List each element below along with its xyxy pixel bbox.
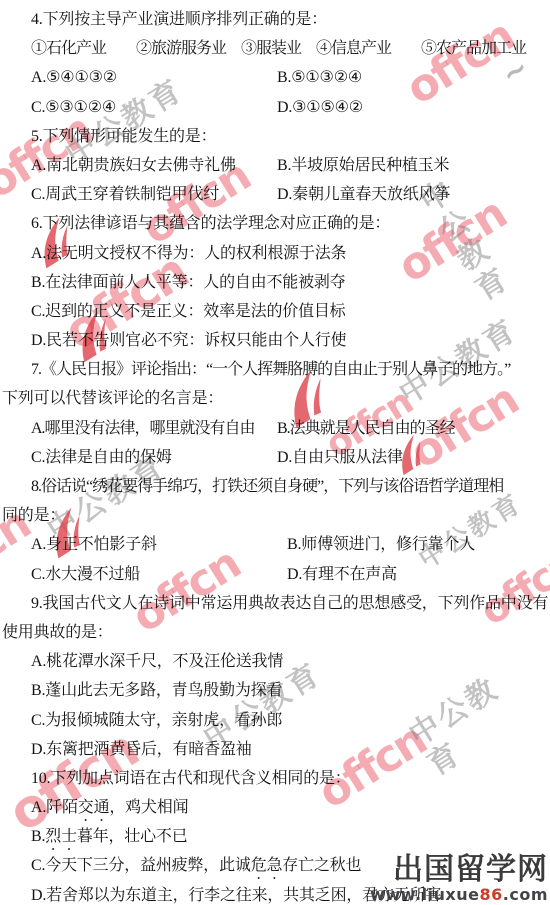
liuxue86-logo-name: 出国留学网 [370, 854, 548, 886]
option-c: C.⑤③①②④ [31, 99, 116, 116]
option-text: C.今天下三分，益州疲弊，此诚 [31, 857, 251, 874]
question-8-options-row: C.水大漫不过船 D.有理不在声高 [0, 560, 550, 589]
option-d: D.东篱把酒黄昏后，有暗香盈袖 [0, 735, 550, 764]
option-a: A.哪里没有法律，哪里就没有自由 [31, 420, 255, 437]
option-a: A.南北朝贵族妇女去佛寺礼佛 [31, 157, 236, 174]
url-suffix: .com [503, 885, 548, 904]
option-text: ，鸡犬相闻 [109, 799, 188, 816]
option-b: B.⑤①③②④ [277, 63, 362, 92]
question-5-stem: 5.下列情形可能发生的是： [0, 122, 550, 151]
option-a: A.桃花潭水深千尺，不及汪伦送我情 [0, 647, 550, 676]
question-7-stem: 7.《人民日报》评论指出：“一个人挥舞胳膊的自由止于别人鼻子的地方。” [0, 355, 550, 384]
option-b: B.半坡原始居民种植玉米 [277, 151, 449, 180]
question-5-options-row: C.周武王穿着铁制铠甲伐纣 D.秦朝儿童春天放纸风筝 [0, 180, 550, 209]
option-c: C.周武王穿着铁制铠甲伐纣 [31, 186, 219, 203]
option-b: B.在法律面前人人平等：人的自由不能被剥夺 [0, 268, 550, 297]
option-d: D.③①⑤④② [277, 93, 363, 122]
option-b: B.法典就是人民自由的圣经 [277, 414, 455, 443]
option-d: D.自由只服从法律 [277, 443, 403, 472]
option-text: ， [173, 887, 189, 904]
option-a: A.法无明文授权不得为：人的权利根源于法条 [0, 239, 550, 268]
emphasized-word: 行李 [188, 887, 220, 904]
question-7-options-row: A.哪里没有法律，哪里就没有自由 B.法典就是人民自由的圣经 [0, 414, 550, 443]
question-6-stem: 6.下列法律谚语与其蕴含的法学理念对应正确的是： [0, 209, 550, 238]
question-9-stem: 9.我国古代文人在诗词中常运用典故表达自己的思想感受，下列作品中没有 [0, 589, 550, 618]
liuxue86-logo-url: www.liuxue86.com [370, 886, 548, 903]
option-b: B.师傅领进门，修行靠个人 [287, 530, 475, 559]
option-text: 暮年，壮心不已 [77, 828, 188, 845]
question-5-options-row: A.南北朝贵族妇女去佛寺礼佛 B.半坡原始居民种植玉米 [0, 151, 550, 180]
exam-page: offcn ~ offcn offcn offcn offcn offcn of… [0, 0, 550, 905]
question-7-options-row: C.法律是自由的保姆 D.自由只服从法律 [0, 443, 550, 472]
question-9-stem-continued: 使用典故的是： [0, 618, 550, 647]
question-4-options-row: A.⑤④①③② B.⑤①③②④ [0, 63, 550, 92]
emphasized-word: 危急 [251, 857, 283, 874]
option-text: D.若舍郑以为 [31, 887, 125, 904]
option-c: C.法律是自由的保姆 [31, 449, 172, 466]
question-4-stem: 4.下列按主导产业演进顺序排列正确的是： [0, 5, 550, 34]
emphasized-word: 交通 [78, 799, 110, 816]
question-8-stem-continued: 同的是： [0, 501, 550, 530]
question-8-options-row: A.身正不怕影子斜 B.师傅领进门，修行靠个人 [0, 530, 550, 559]
option-text: 存亡之秋也 [282, 857, 361, 874]
emphasized-word: 东道主 [125, 887, 172, 904]
option-c: C.为报倾城随太守，亲射虎，看孙郎 [0, 706, 550, 735]
option-text: A.阡陌 [31, 799, 78, 816]
question-8-stem: 8.俗话说“绣花要得手绵巧，打铁还须自身硬”，下列与该俗语哲学道理相 [0, 472, 550, 501]
option-c: C.迟到的正义不是正义：效率是法的价值目标 [0, 297, 550, 326]
option-d: D.秦朝儿童春天放纸风筝 [277, 180, 450, 209]
emphasized-word: 烈士 [45, 828, 77, 845]
option-a: A.⑤④①③② [31, 69, 117, 86]
option-text: B. [31, 828, 45, 845]
option-a: A.阡陌交通，鸡犬相闻 [0, 793, 550, 822]
option-b: B.烈士暮年，壮心不已 [0, 822, 550, 851]
question-4-options-row: C.⑤③①②④ D.③①⑤④② [0, 93, 550, 122]
url-highlight: 86 [480, 885, 503, 904]
url-prefix: www.liuxue [370, 885, 479, 904]
option-c: C.水大漫不过船 [31, 566, 140, 583]
option-d: D.有理不在声高 [287, 560, 397, 589]
option-a: A.身正不怕影子斜 [31, 536, 157, 553]
question-10-stem: 10.下列加点词语在古代和现代含义相同的是： [0, 764, 550, 793]
option-b: B.蓬山此去无多路，青鸟殷勤为探看 [0, 676, 550, 705]
question-7-stem-continued: 下列可以代替该评论的名言是： [0, 384, 550, 413]
question-4-items: ①石化产业 ②旅游服务业 ③服装业 ④信息产业 ⑤农产品加工业 [0, 34, 550, 63]
question-sheet: 4.下列按主导产业演进顺序排列正确的是： ①石化产业 ②旅游服务业 ③服装业 ④… [0, 0, 550, 905]
option-d: D.民若不告则官必不究：诉权只能由个人行使 [0, 326, 550, 355]
liuxue86-logo: 出国留学网 www.liuxue86.com [370, 854, 548, 903]
